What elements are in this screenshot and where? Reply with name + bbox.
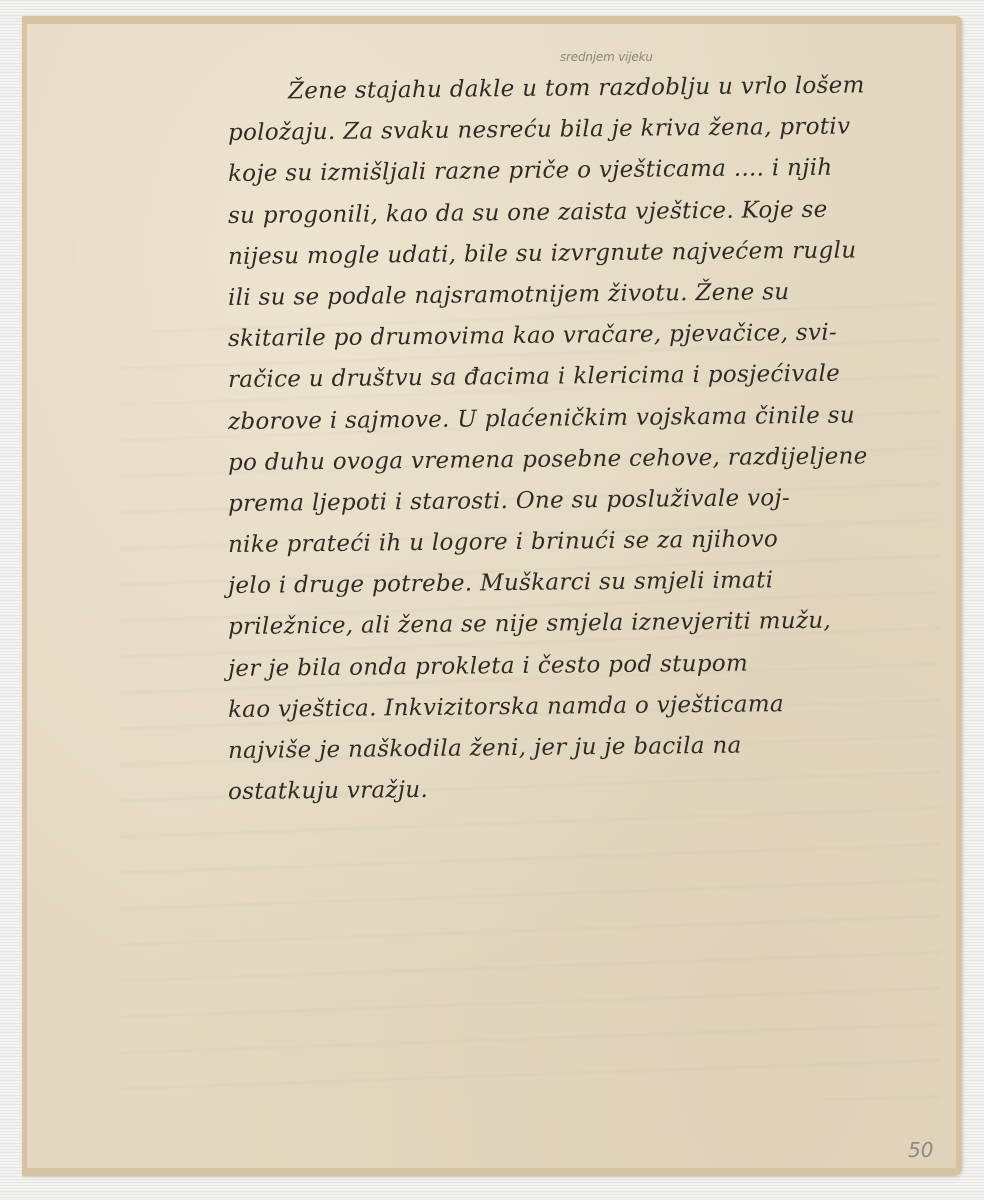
text-line: koje su izmišljali razne priče o vještic… — [228, 147, 973, 196]
handwritten-text: Žene stajahu dakle u tom razdoblju u vrl… — [228, 72, 973, 813]
text-line: zborove i sajmove. U plaćeničkim vojskam… — [228, 394, 973, 443]
text-line: priležnice, ali žena se nije smjela izne… — [228, 600, 973, 649]
page-number: 50 — [908, 1138, 933, 1162]
text-line: ostatkuju vražju. — [228, 764, 973, 813]
text-line: račice u društvu sa đacima i klericima i… — [228, 353, 973, 402]
pencil-annotation: srednjem vijeku — [560, 50, 653, 64]
